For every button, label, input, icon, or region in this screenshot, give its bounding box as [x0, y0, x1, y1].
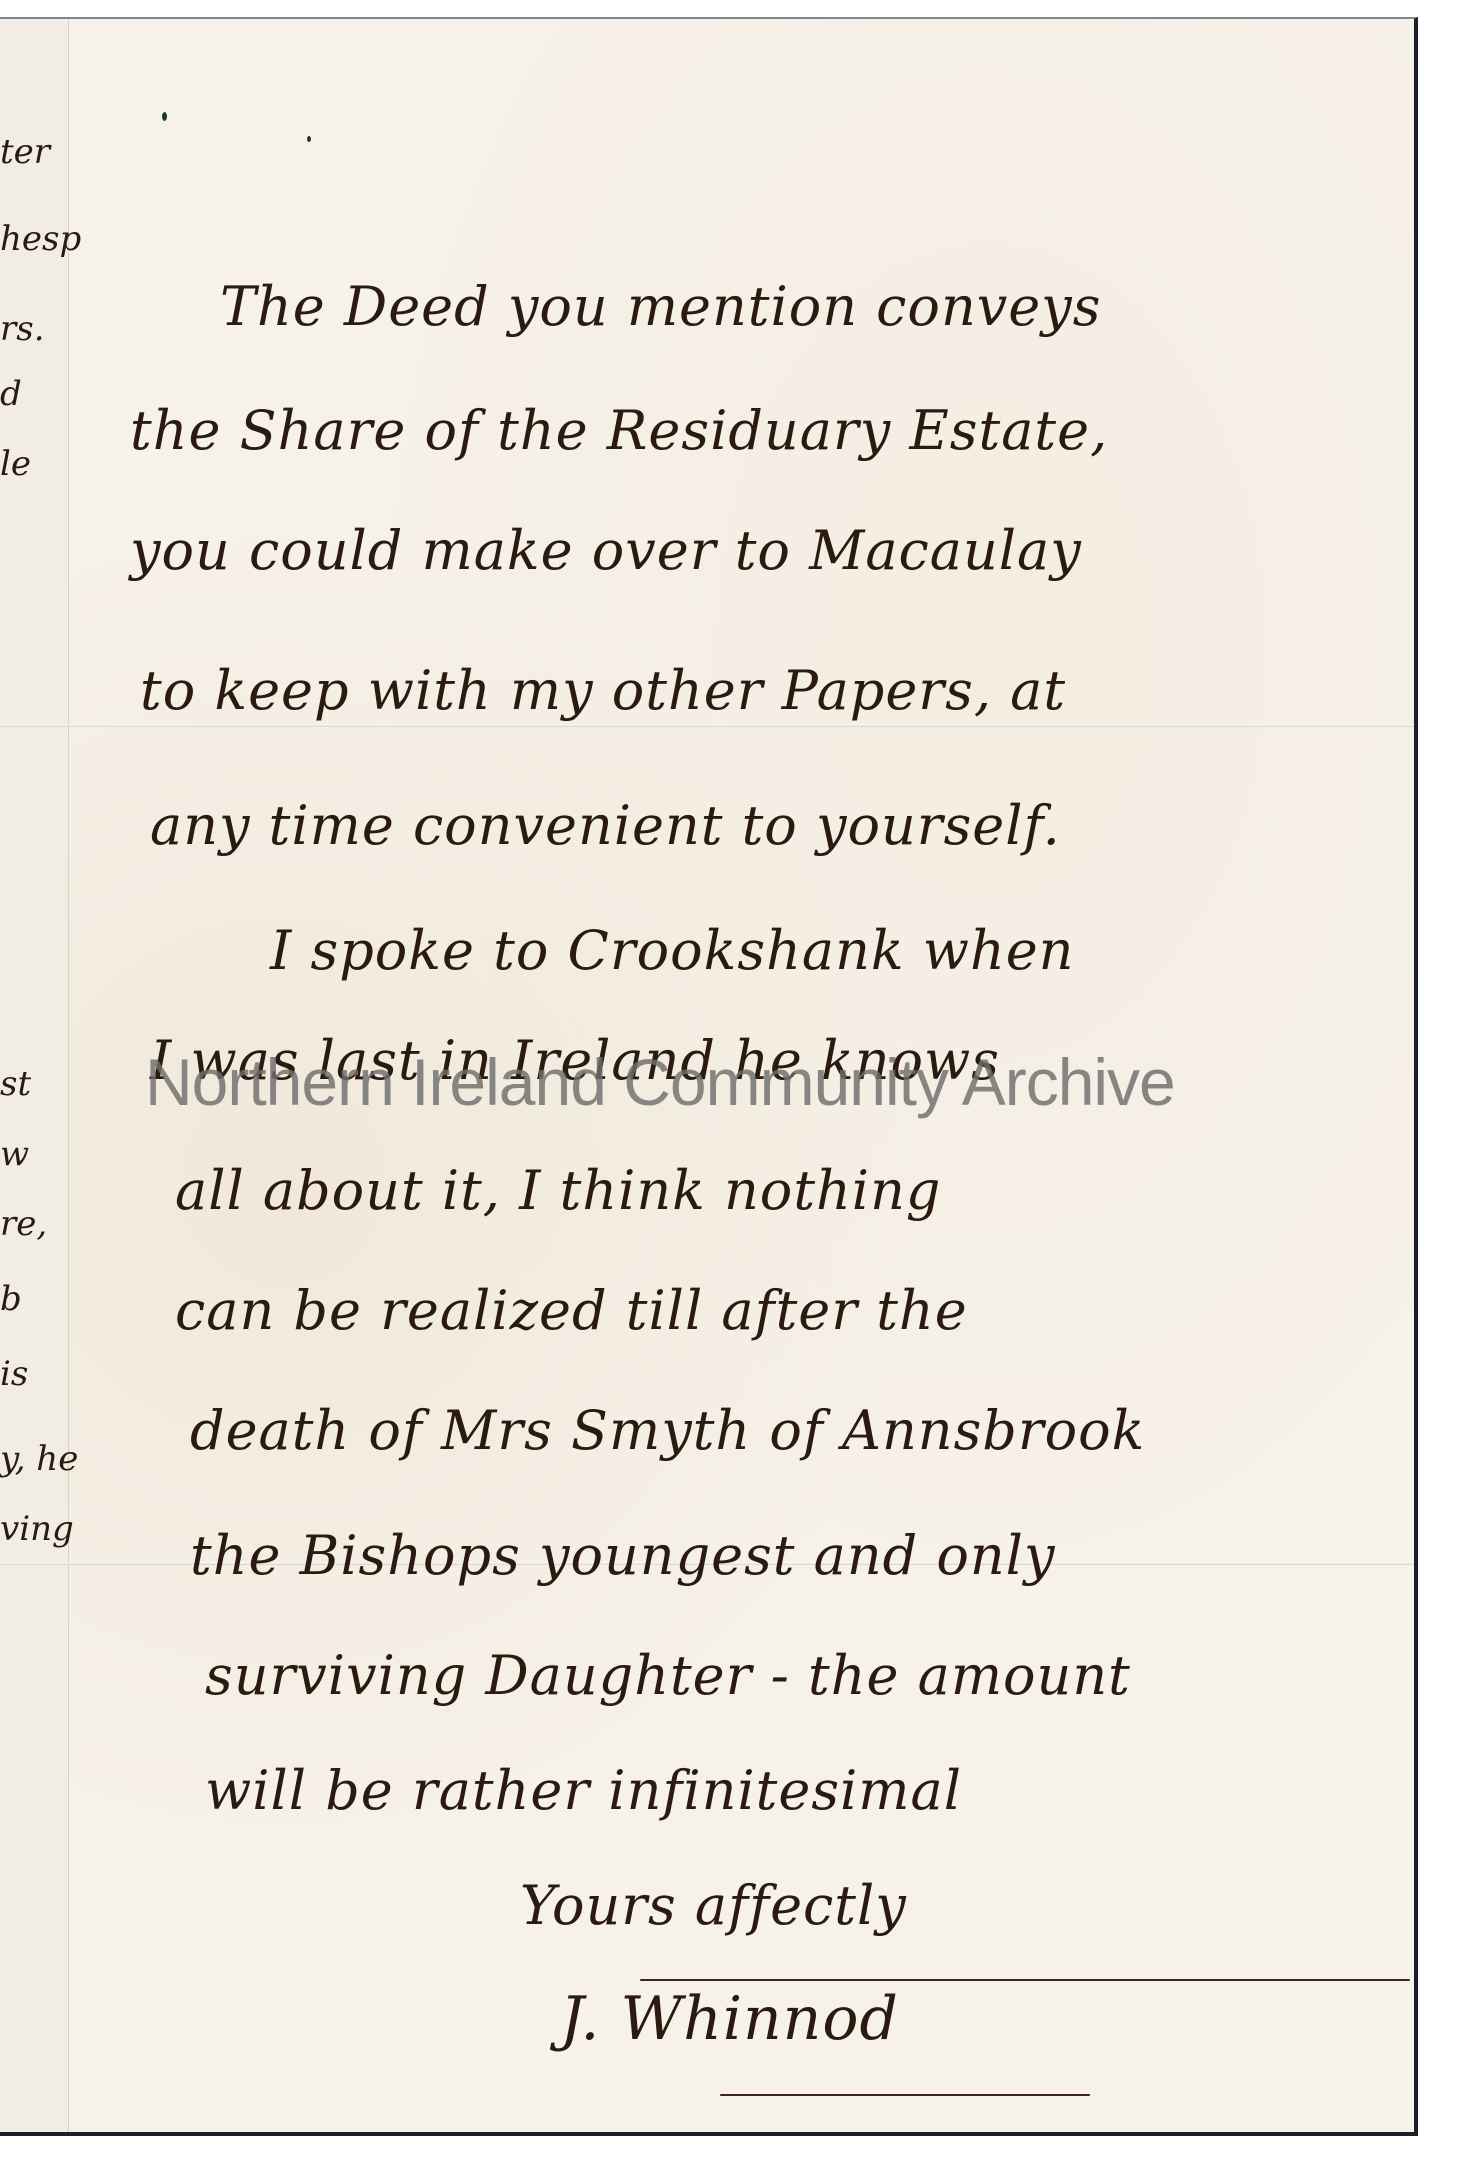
ink-dot — [162, 112, 167, 121]
letter-line: can be realized till after the — [175, 1279, 968, 1342]
letter-line: will be rather infinitesimal — [205, 1759, 962, 1822]
left-fragment: d — [0, 374, 22, 414]
watermark: Northern Ireland Community Archive — [145, 1044, 1175, 1120]
letter-line: the Bishops youngest and only — [190, 1524, 1055, 1587]
left-fragment: re, — [0, 1204, 47, 1244]
letter-line: to keep with my other Papers, at — [140, 659, 1066, 722]
ink-dot — [307, 136, 311, 142]
letter-line: any time convenient to yourself. — [150, 794, 1061, 857]
signature: J. Whinnod — [560, 1984, 899, 2054]
fold-crease — [0, 724, 1414, 727]
signature-underline — [720, 2094, 1090, 2096]
letter-page: ter hesp rs. d le st w re, b is y, he vi… — [0, 17, 1418, 2136]
letter-line: the Share of the Residuary Estate, — [130, 399, 1108, 462]
left-fragment: is — [0, 1354, 28, 1394]
letter-line: I spoke to Crookshank when — [270, 919, 1074, 982]
left-fragment: hesp — [0, 219, 81, 259]
letter-line: all about it, I think nothing — [175, 1159, 941, 1222]
letter-closing: Yours affectly — [520, 1874, 907, 1937]
left-fragment: w — [0, 1134, 29, 1174]
letter-line: The Deed you mention conveys — [220, 275, 1101, 338]
letter-line: you could make over to Macaulay — [130, 519, 1082, 582]
letter-line: death of Mrs Smyth of Annsbrook — [190, 1399, 1145, 1462]
left-fragment: rs. — [0, 309, 45, 349]
left-fragment: ving — [0, 1509, 74, 1549]
left-fragment: b — [0, 1279, 22, 1319]
left-fragment: le — [0, 444, 31, 484]
signature-flourish — [640, 1979, 1410, 1981]
left-fragment: y, he — [0, 1439, 78, 1479]
letter-line: surviving Daughter - the amount — [205, 1644, 1131, 1707]
left-fragment: ter — [0, 132, 50, 172]
left-fragment: st — [0, 1064, 31, 1104]
